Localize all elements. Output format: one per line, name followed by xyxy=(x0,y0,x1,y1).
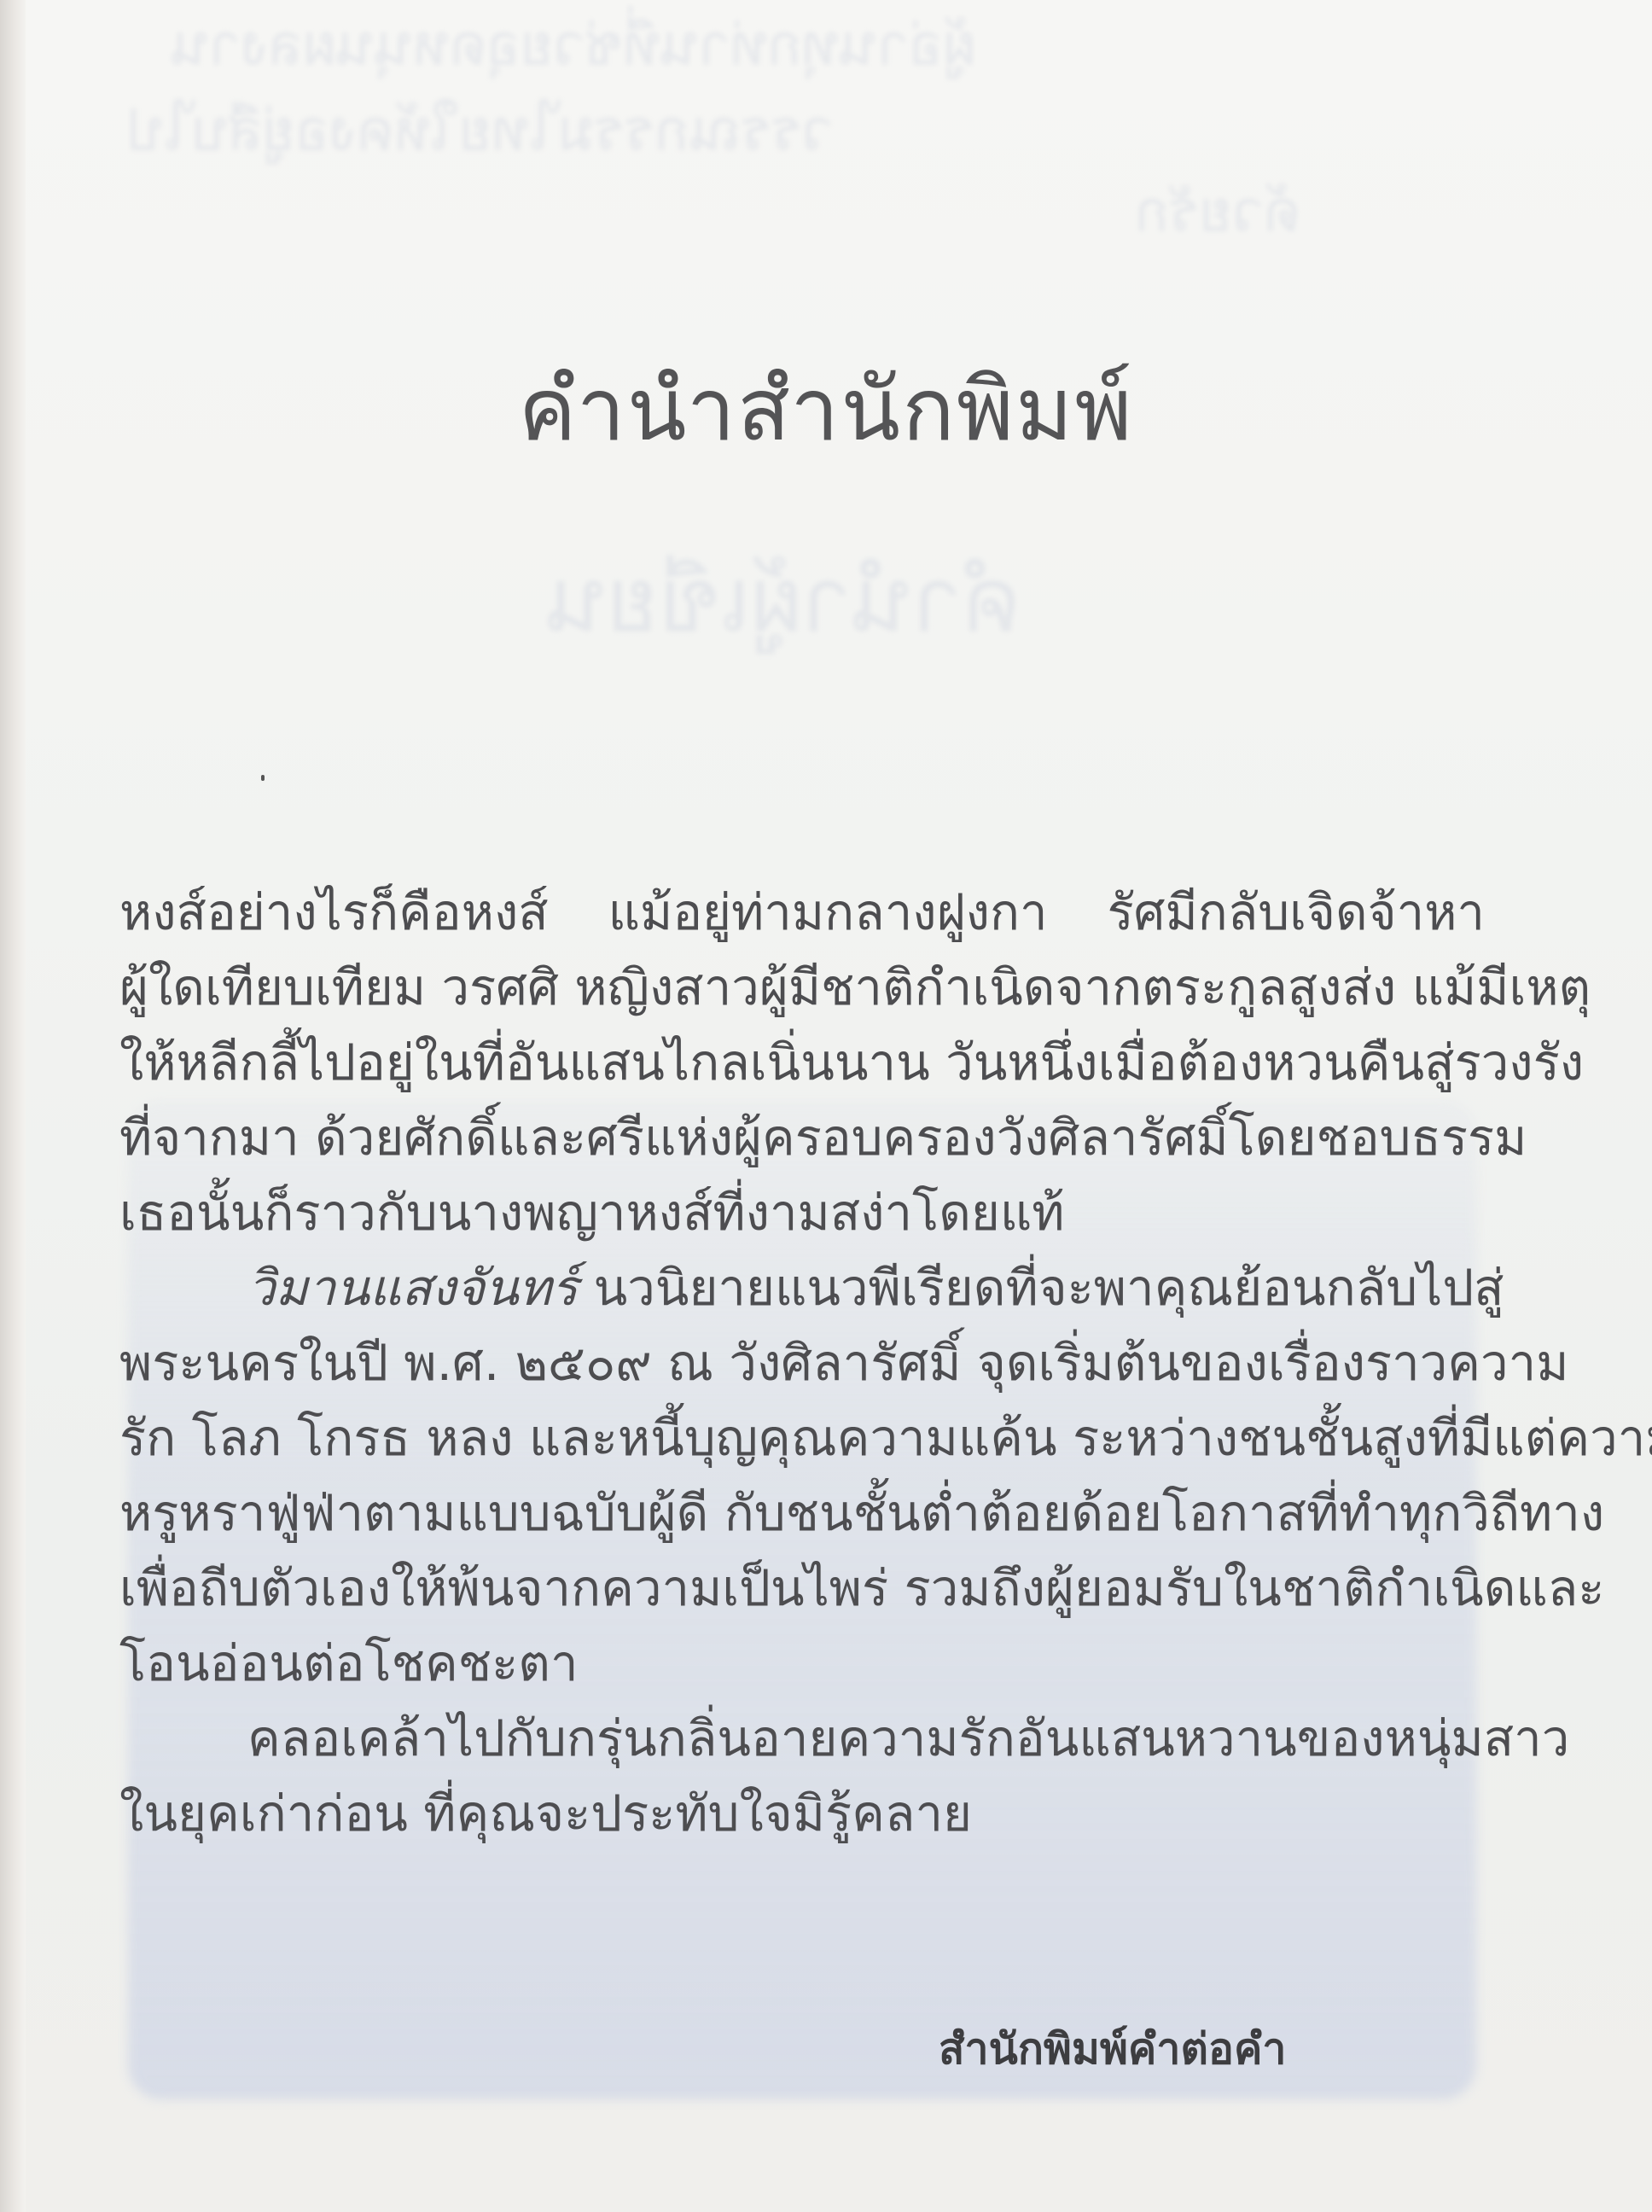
paper-speck xyxy=(261,775,265,781)
paragraph-line: หรูหราฟู่ฟ่าตามแบบฉบับผู้ดี กับชนชั้นต่ำ… xyxy=(119,1488,1485,1538)
paragraph-line: ให้หลีกลี้ไปอยู่ในที่อันแสนไกลเนิ่นนาน ว… xyxy=(119,1038,1485,1087)
bleed-through-line: วรรณกรรมไทยให้คงอยู่สืบไป xyxy=(128,85,834,175)
bleed-through-title: คำนำผู้เขียน xyxy=(546,529,1021,670)
paragraph-line: เธอนั้นก็ราวกับนางพญาหงส์ที่งามสง่าโดยแท… xyxy=(119,1188,1064,1237)
paragraph-line: คลอเคล้าไปกับกรุ่นกลิ่นอายความรักอันแสนห… xyxy=(247,1714,1485,1763)
paragraph-line: พระนครในปี พ.ศ. ๒๕๐๙ ณ วังศิลารัศมิ์ จุด… xyxy=(119,1338,1485,1388)
book-page: ผู้อ่านทุกท่านที่ช่วยอุดหนุนผลงาน วรรณกร… xyxy=(0,0,1652,2212)
paragraph-line: ที่จากมา ด้วยศักดิ์และศรีแห่งผู้ครอบครอง… xyxy=(119,1113,1485,1162)
paragraph-line-first: วิมานแสงจันทร์ นวนิยายแนวพีเรียดที่จะพาค… xyxy=(247,1263,1504,1313)
book-spine-edge xyxy=(0,0,26,2212)
paragraph-line: เพื่อถีบตัวเองให้พ้นจากความเป็นไพร่ รวมถ… xyxy=(119,1563,1485,1613)
paragraph-line: ผู้ใดเทียบเทียม วรศศิ หญิงสาวผู้มีชาติกำ… xyxy=(119,963,1485,1012)
paragraph-text: นวนิยายแนวพีเรียดที่จะพาคุณย้อนกลับไปสู่ xyxy=(594,1259,1504,1317)
paragraph-line: รัก โลภ โกรธ หลง และหนี้บุญคุณความแค้น ร… xyxy=(119,1413,1485,1463)
paragraph-line: ในยุคเก่าก่อน ที่คุณจะประทับใจมิรู้คลาย xyxy=(119,1789,972,1838)
bleed-through-line: ผู้อ่านทุกท่านที่ช่วยอุดหนุนผลงาน xyxy=(171,0,975,90)
page-title: คำนำสำนักพิมพ์ xyxy=(0,340,1652,478)
paragraph-line: หงส์อย่างไรก็คือหงส์ แม้อยู่ท่ามกลางฝูงก… xyxy=(119,888,1485,937)
paragraph-line: โอนอ่อนต่อโชคชะตา xyxy=(119,1639,579,1688)
bleed-through-line: ด้วยรัก xyxy=(1135,166,1300,256)
publisher-signature: สำนักพิมพ์คำต่อคำ xyxy=(939,2016,1286,2083)
novel-title: วิมานแสงจันทร์ xyxy=(247,1259,578,1317)
